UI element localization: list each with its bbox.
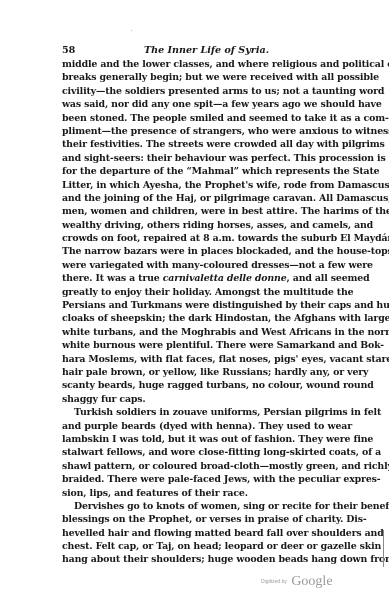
- text-line-paragraph-start: Turkish soldiers in zouave uniforms, Per…: [62, 406, 352, 419]
- text-line-paragraph-end: shaggy fur caps.: [62, 393, 352, 406]
- google-logo-text: Google: [291, 574, 332, 589]
- text-line: their festivities. The streets were crow…: [62, 138, 352, 151]
- text-line: braided. There were pale-faced Jews, wit…: [62, 473, 352, 486]
- page-header: 58 The Inner Life of Syria.: [62, 45, 351, 59]
- text-line: blessings on the Prophet, or verses in p…: [62, 513, 352, 526]
- text-line: The narrow bazars were in places blockad…: [62, 245, 352, 258]
- text-line: and the joining of the Haj, or pilgrimag…: [62, 192, 352, 205]
- italic-phrase: carnivaletta delle donne: [163, 273, 287, 284]
- text-line: hang about their shoulders; huge wooden …: [62, 553, 352, 566]
- text-line: cloaks of sheepskin; the dark Hindostan,…: [62, 312, 352, 325]
- text-line: Persians and Turkmans were distinguished…: [62, 299, 352, 312]
- text-line: white turbans, and the Moghrabis and Wes…: [62, 326, 352, 339]
- text-line: and sight-seers: their behaviour was per…: [62, 152, 352, 165]
- text-line: stalwart fellows, and wore close-fitting…: [62, 446, 352, 459]
- scan-speck: [131, 30, 132, 31]
- text-line: was said, nor did any one spit—a few yea…: [62, 98, 352, 111]
- watermark-prefix: Digitized by: [261, 579, 287, 585]
- text-line: hara Moslems, with flat faces, flat nose…: [62, 353, 352, 366]
- text-line: civility—the soldiers presented arms to …: [62, 85, 352, 98]
- text-line: and purple beards (dyed with henna). The…: [62, 420, 352, 433]
- running-title: The Inner Life of Syria.: [62, 45, 351, 56]
- page-edge-rule: [383, 530, 384, 567]
- text-line: shawl pattern, or coloured broad-cloth—m…: [62, 460, 352, 473]
- text-line: greatly to enjoy their holiday. Amongst …: [62, 286, 352, 299]
- body-text: middle and the lower classes, and where …: [62, 58, 352, 567]
- text-line-with-italic: there. It was a true carnivaletta delle …: [62, 272, 352, 285]
- digitized-by-google-watermark: Digitized by Google: [261, 573, 333, 591]
- text-line: scanty beards, huge ragged turbans, no c…: [62, 379, 352, 392]
- text-line: middle and the lower classes, and where …: [62, 58, 352, 71]
- text-line: chest. Felt cap, or Taj, on head; leopar…: [62, 540, 352, 553]
- text-line: were variegated with many-coloured dress…: [62, 259, 352, 272]
- text-line: breaks generally begin; but we were rece…: [62, 71, 352, 84]
- text-line: been stoned. The people smiled and seeme…: [62, 112, 352, 125]
- text-segment: , and all seemed: [287, 273, 370, 284]
- text-segment: there. It was a true: [62, 273, 163, 284]
- text-line: hevelled hair and flowing matted beard f…: [62, 527, 352, 540]
- text-line: crowds on foot, repaired at 8 a.m. towar…: [62, 232, 352, 245]
- text-line: pliment—the presence of strangers, who w…: [62, 125, 352, 138]
- text-line: white burnous were plentiful. There were…: [62, 339, 352, 352]
- text-line: Litter, in which Ayesha, the Prophet's w…: [62, 179, 352, 192]
- text-line: wealthy driving, others riding horses, a…: [62, 219, 352, 232]
- text-line-paragraph-start: Dervishes go to knots of women, sing or …: [62, 500, 352, 513]
- text-line-paragraph-end: sion, lips, and features of their race.: [62, 487, 352, 500]
- text-line: lambskin I was told, but it was out of f…: [62, 433, 352, 446]
- text-line: hair pale brown, or yellow, like Russian…: [62, 366, 352, 379]
- text-line: for the departure of the “Mahmal” which …: [62, 165, 352, 178]
- text-line: men, women and children, were in best at…: [62, 205, 352, 218]
